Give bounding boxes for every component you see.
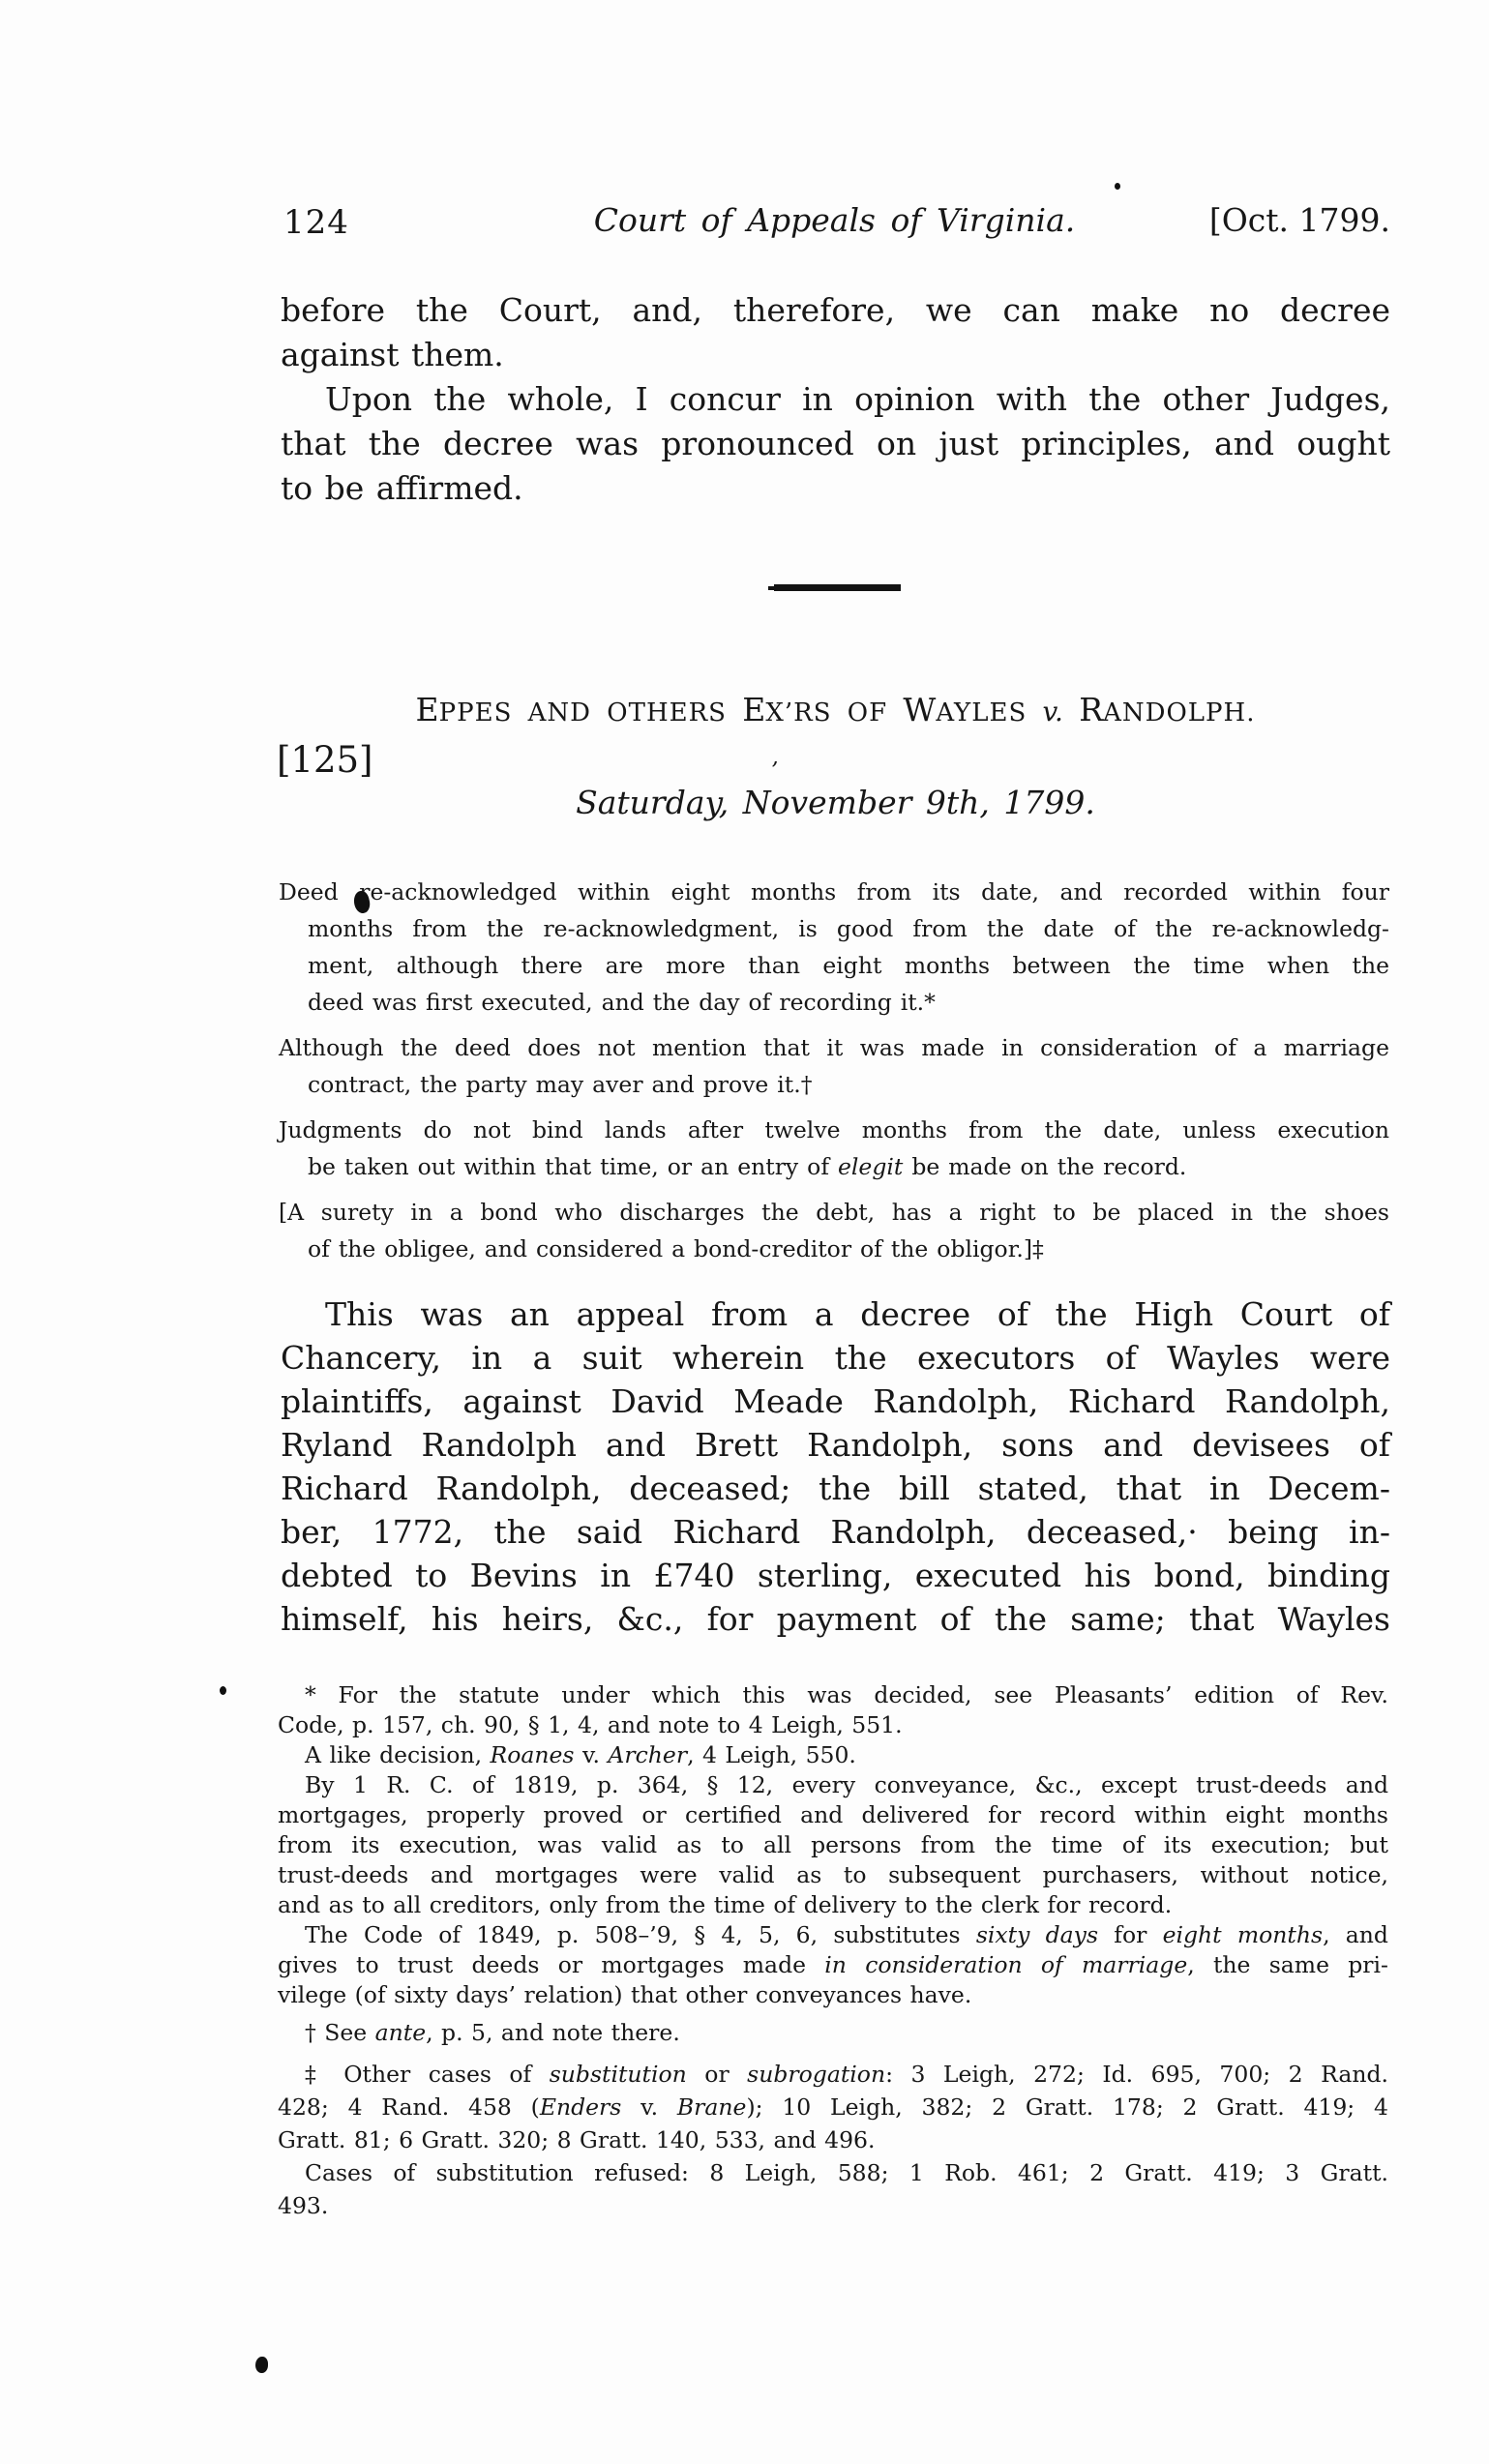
text-line: mortgages, properly proved or certified … xyxy=(278,1800,1388,1830)
text-line: debted to Bevins in £740 sterling, execu… xyxy=(281,1554,1390,1597)
text-line: This was an appeal from a decree of the … xyxy=(281,1292,1390,1336)
text-line: By 1 R. C. of 1819, p. 364, § 12, every … xyxy=(278,1770,1388,1800)
text-line: deed was first executed, and the day of … xyxy=(279,984,1389,1021)
text-line: Deed re-acknowledged within eight months… xyxy=(279,874,1389,910)
text-line: Although the deed does not mention that … xyxy=(279,1029,1389,1066)
text-line: The Code of 1849, p. 508–’9, § 4, 5, 6, … xyxy=(278,1920,1388,1950)
syllabus-item-surety: [A surety in a bond who discharges the d… xyxy=(279,1194,1389,1267)
text-line: Richard Randolph, deceased; the bill sta… xyxy=(281,1467,1390,1510)
text-line: against them. xyxy=(281,333,1390,377)
text-line: Chancery, in a suit wherein the executor… xyxy=(281,1336,1390,1380)
header-date: [Oct. 1799. xyxy=(1209,201,1390,239)
text-line: * For the statute under which this was d… xyxy=(278,1680,1388,1710)
text-line: of the obligee, and considered a bond-cr… xyxy=(279,1231,1389,1267)
footnote-star: * For the statute under which this was d… xyxy=(278,1680,1388,2010)
footnote-double-dagger: ‡ Other cases of substitution or subroga… xyxy=(278,2058,1388,2222)
scanned-book-page: 124 Court of Appeals of Virginia. [Oct. … xyxy=(0,0,1489,2464)
text-line: Gratt. 81; 6 Gratt. 320; 8 Gratt. 140, 5… xyxy=(278,2123,1388,2156)
text-line: contract, the party may aver and prove i… xyxy=(279,1066,1389,1103)
text-line: be taken out within that time, or an ent… xyxy=(279,1148,1389,1185)
case-title: EPPES AND OTHERS EX’RS OF WAYLES v. RAND… xyxy=(281,691,1390,728)
text-line: Code, p. 157, ch. 90, § 1, 4, and note t… xyxy=(278,1710,1388,1740)
text-line: that the decree was pronounced on just p… xyxy=(281,422,1390,466)
margin-page-ref: [125] xyxy=(277,739,373,781)
footnote-dagger: † See ante, p. 5, and note there. xyxy=(278,2018,1388,2048)
text-line: vilege (of sixty days’ relation) that ot… xyxy=(278,1980,1388,2010)
text-line: Cases of substitution refused: 8 Leigh, … xyxy=(278,2156,1388,2189)
text-line: Upon the whole, I concur in opinion with… xyxy=(281,377,1390,422)
text-line: ment, although there are more than eight… xyxy=(279,947,1389,984)
syllabus-item-deed: Deed re-acknowledged within eight months… xyxy=(279,874,1389,1021)
text-line: 428; 4 Rand. 458 (Enders v. Brane); 10 L… xyxy=(278,2091,1388,2123)
text-line: ‡ Other cases of substitution or subroga… xyxy=(278,2058,1388,2091)
hearing-date: Saturday, November 9th, 1799. xyxy=(281,784,1390,821)
text-line: ber, 1772, the said Richard Randolph, de… xyxy=(281,1510,1390,1554)
text-line: A like decision, Roanes v. Archer, 4 Lei… xyxy=(278,1740,1388,1770)
body-paragraph: This was an appeal from a decree of the … xyxy=(281,1292,1390,1641)
text-line: Ryland Randolph and Brett Randolph, sons… xyxy=(281,1423,1390,1467)
text-line: [A surety in a bond who discharges the d… xyxy=(279,1194,1389,1231)
text-line: to be affirmed. xyxy=(281,466,1390,511)
syllabus-item-judgments: Judgments do not bind lands after twelve… xyxy=(279,1112,1389,1185)
stray-dot xyxy=(220,1686,226,1695)
text-line: 493. xyxy=(278,2189,1388,2222)
bottom-ink-dot xyxy=(255,2357,268,2373)
opinion-paragraphs: before the Court, and, therefore, we can… xyxy=(281,288,1390,511)
text-line: before the Court, and, therefore, we can… xyxy=(281,288,1390,333)
text-line: gives to trust deeds or mortgages made i… xyxy=(278,1950,1388,1980)
text-line: plaintiffs, against David Meade Randolph… xyxy=(281,1380,1390,1423)
syllabus: Deed re-acknowledged within eight months… xyxy=(279,874,1389,1267)
text-line: and as to all creditors, only from the t… xyxy=(278,1890,1388,1920)
text-line: trust-deeds and mortgages were valid as … xyxy=(278,1860,1388,1890)
text-line: months from the re-acknowledgment, is go… xyxy=(279,910,1389,947)
stray-speck xyxy=(1115,183,1120,190)
section-divider-rule xyxy=(774,584,901,591)
text-line: from its execution, was valid as to all … xyxy=(278,1830,1388,1860)
syllabus-item-marriage: Although the deed does not mention that … xyxy=(279,1029,1389,1103)
stray-apostrophe-mark: ’ xyxy=(771,758,778,784)
text-line: † See ante, p. 5, and note there. xyxy=(278,2018,1388,2048)
text-line: himself, his heirs, &c., for payment of … xyxy=(281,1597,1390,1641)
page-header: 124 Court of Appeals of Virginia. [Oct. … xyxy=(279,201,1390,246)
footnotes: * For the statute under which this was d… xyxy=(278,1680,1388,2222)
text-line: Judgments do not bind lands after twelve… xyxy=(279,1112,1389,1148)
text-line: EPPES AND OTHERS EX’RS OF WAYLES v. RAND… xyxy=(281,691,1390,728)
